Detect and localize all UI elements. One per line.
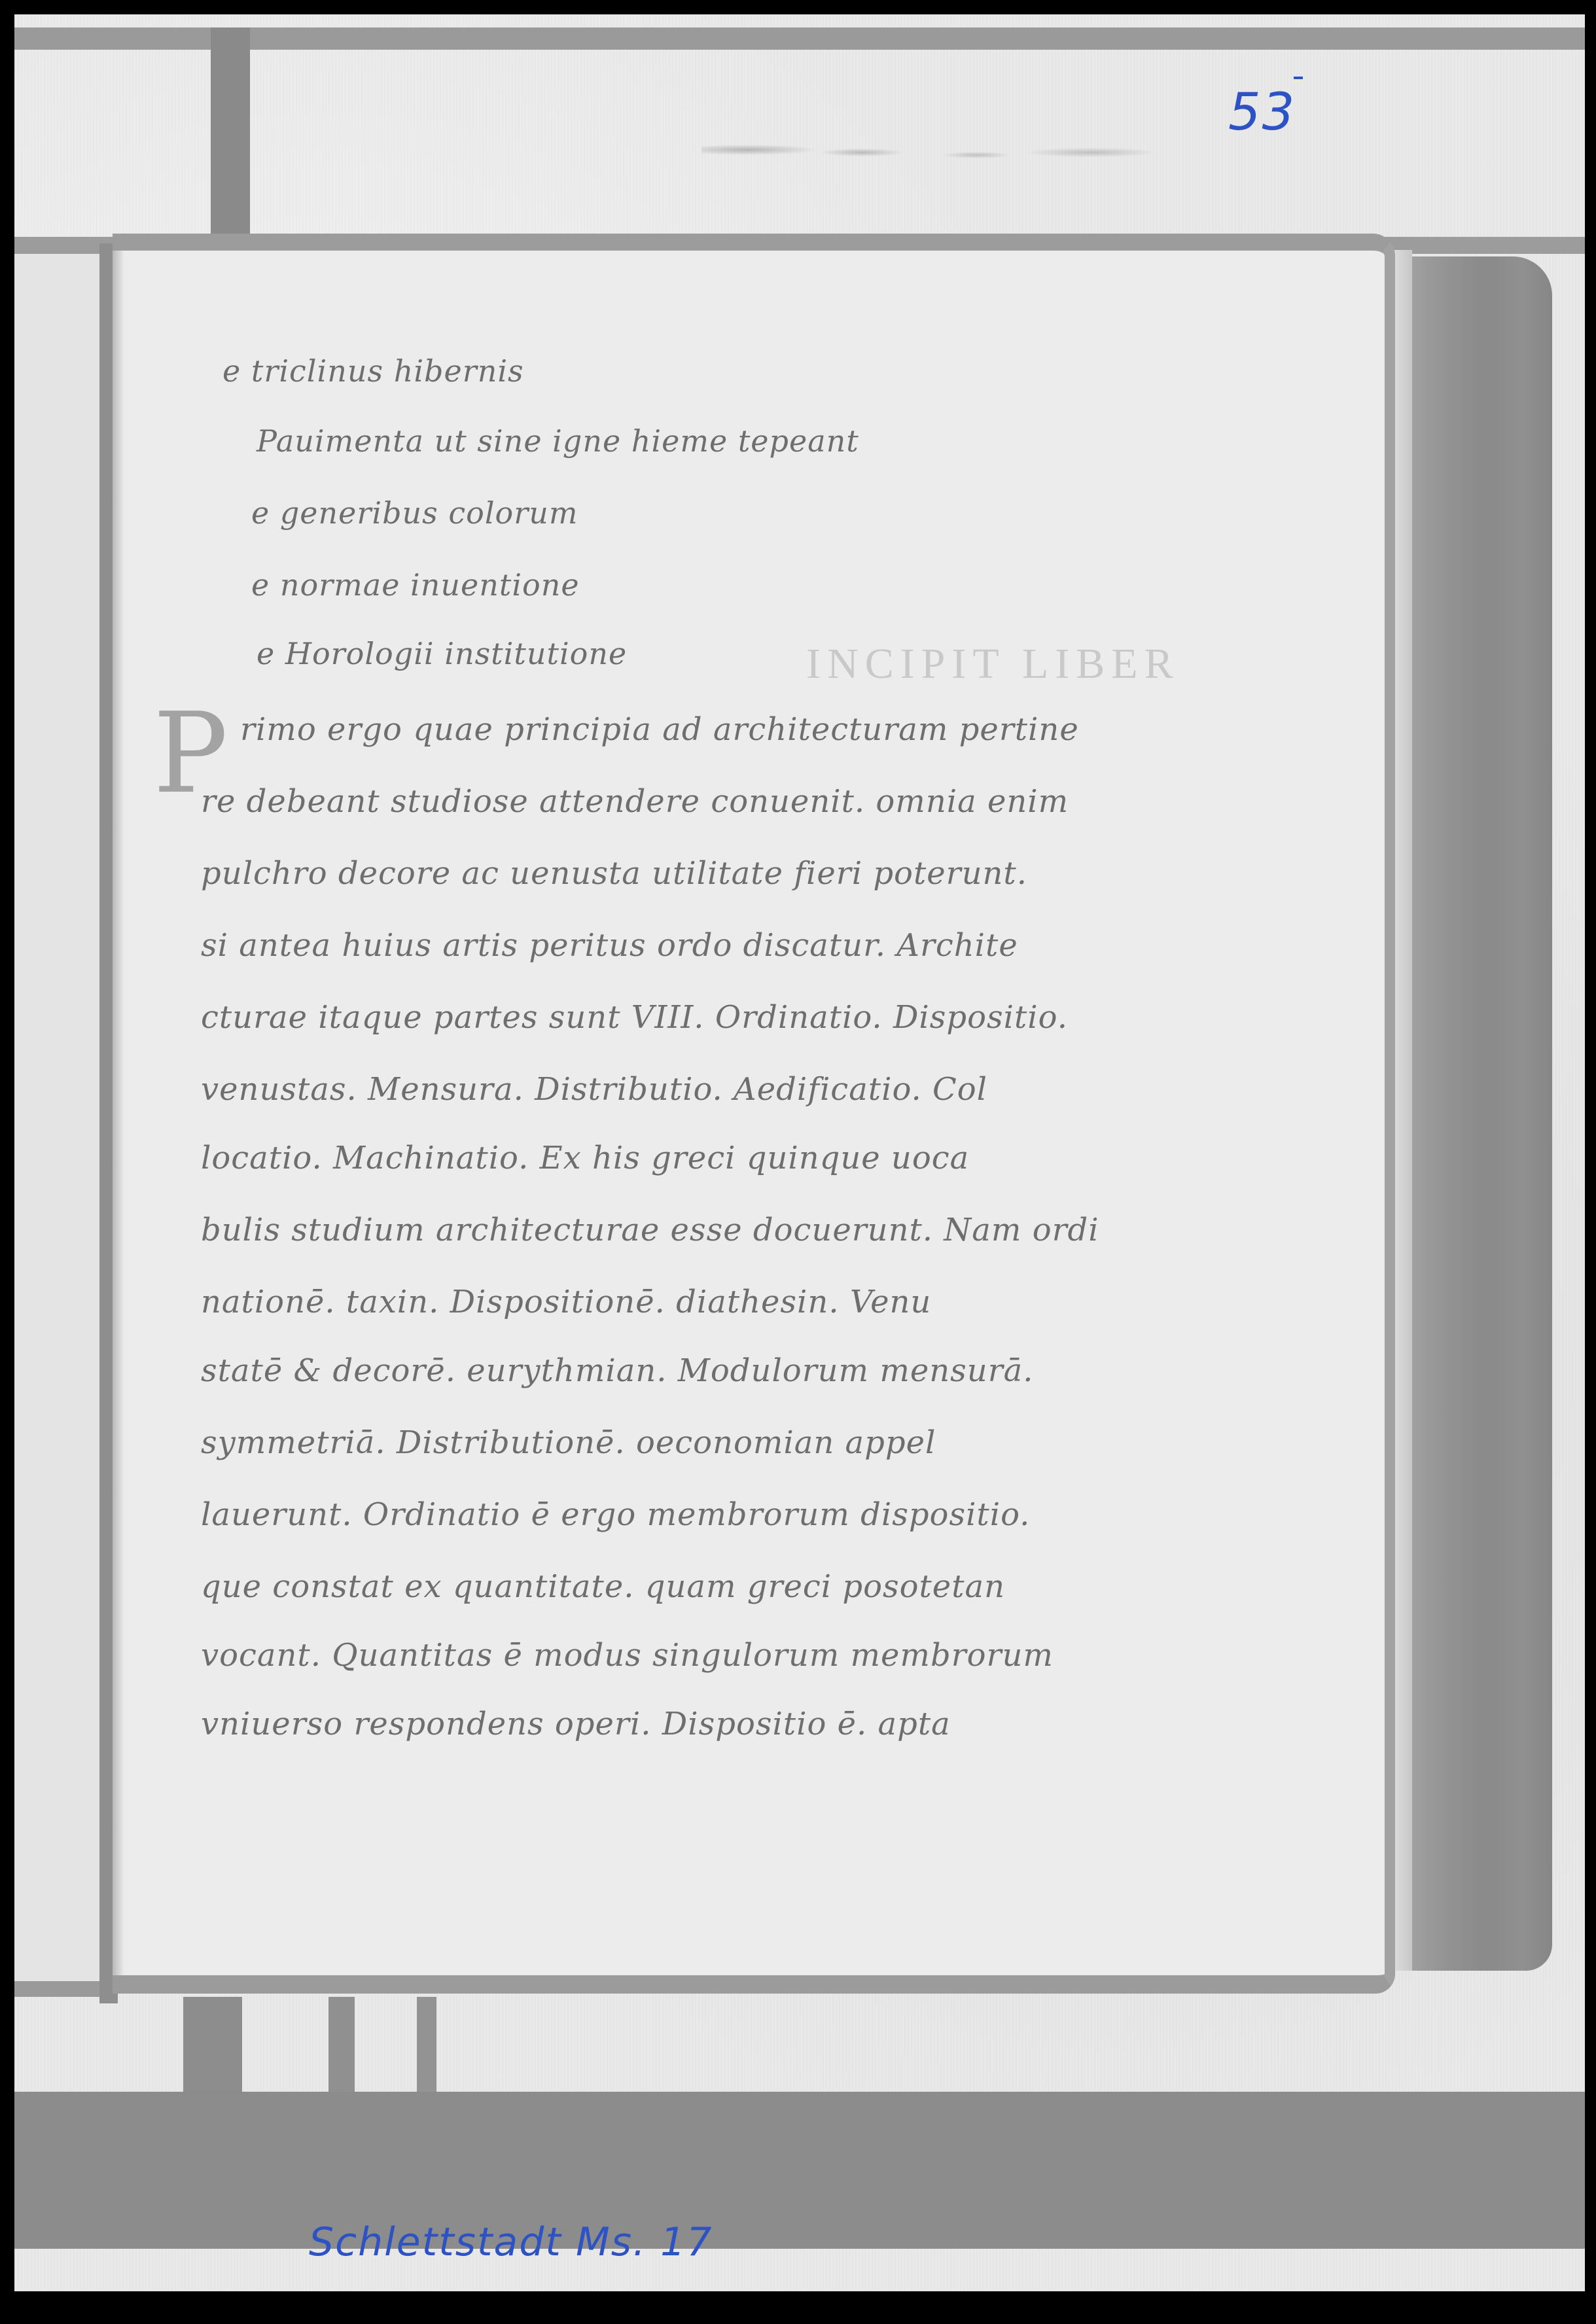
body-line: pulchro decore ac uenusta utilitate fier… <box>201 855 1027 892</box>
shadow-bar-bottom <box>14 2092 1585 2249</box>
body-line: vniuerso respondens operi. Dispositio ē… <box>201 1706 951 1742</box>
body-line: si antea huius artis peritus ordo discat… <box>201 927 1018 964</box>
body-line: symmetriā. Distributionē. oeconomian a… <box>201 1424 936 1461</box>
chapter-item: e normae inuentione <box>251 567 580 603</box>
body-line: re debeant studiose attendere conuenit. … <box>201 783 1069 820</box>
shelfmark-annotation: Schlettstadt Ms. 17 <box>309 2219 713 2265</box>
body-line: cturae itaque partes sunt VIII. Ordinati… <box>201 999 1068 1036</box>
rubric-incipit: INCIPIT LIBER <box>806 639 1180 689</box>
body-line: bulis studium architecturae esse docueru… <box>201 1212 1099 1248</box>
body-line: statē & decorē. eurythmian. Modulorum … <box>201 1352 1034 1389</box>
body-line: locatio. Machinatio. Ex his greci quinqu… <box>201 1140 969 1176</box>
body-line: que constat ex quantitate. quam greci po… <box>201 1568 1005 1605</box>
body-line: rimo ergo quae principia ad architectura… <box>240 711 1079 748</box>
chapter-item: e generibus colorum <box>251 495 578 531</box>
body-line: venustas. Mensura. Distributio. Aedifica… <box>201 1071 987 1108</box>
body-line: nationē. taxin. Dispositionē. diathesi… <box>201 1284 931 1320</box>
body-line: lauerunt. Ordinatio ē ergo membrorum di… <box>201 1496 1030 1533</box>
manuscript-text: e triclinus hibernis Pauimenta ut sine i… <box>14 14 1585 2291</box>
scanned-sheet: 53 e triclinus hibernis Pauimenta ut sin… <box>14 14 1585 2291</box>
chapter-item: Pauimenta ut sine igne hieme tepeant <box>257 423 859 459</box>
chapter-item: e triclinus hibernis <box>222 353 524 389</box>
chapter-item: e Horologii institutione <box>257 636 627 671</box>
body-line: vocant. Quantitas ē modus singulorum me… <box>201 1637 1054 1674</box>
